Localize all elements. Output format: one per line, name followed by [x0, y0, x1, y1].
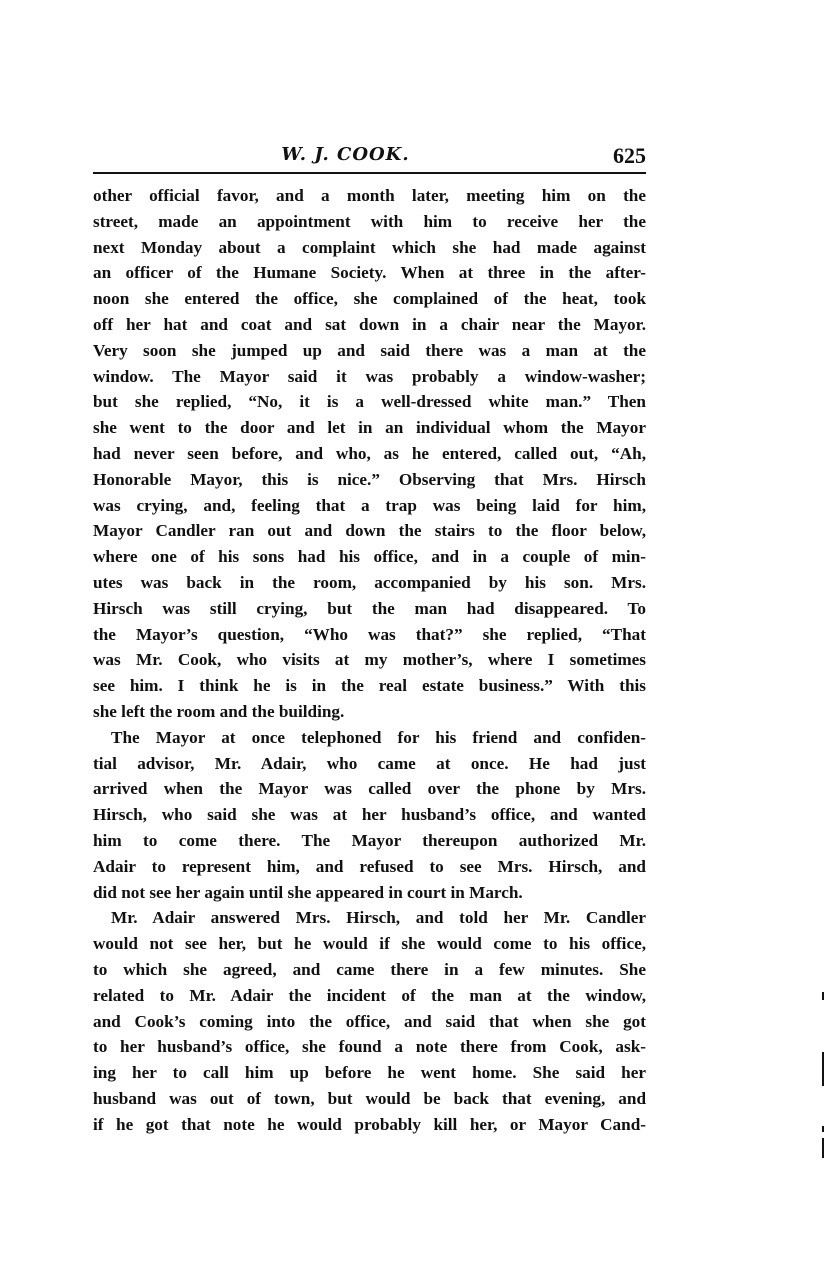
text-line: had never seen before, and who, as he en…: [93, 441, 646, 467]
running-head: W. J. COOK. 625: [93, 142, 646, 172]
text-line: would not see her, but he would if she w…: [93, 931, 646, 957]
scan-mark: [822, 1138, 824, 1158]
text-line: ing her to call him up before he went ho…: [93, 1060, 646, 1086]
text-line: was crying, and, feeling that a trap was…: [93, 493, 646, 519]
text-line: husband was out of town, but would be ba…: [93, 1086, 646, 1112]
book-page: W. J. COOK. 625 other official favor, an…: [93, 142, 646, 1137]
text-line: Honorable Mayor, this is nice.” Observin…: [93, 467, 646, 493]
text-line: noon she entered the office, she complai…: [93, 286, 646, 312]
body-text: other official favor, and a month later,…: [93, 183, 646, 1137]
page-number: 625: [613, 143, 646, 169]
paragraph: other official favor, and a month later,…: [93, 183, 646, 725]
text-line: Very soon she jumped up and said there w…: [93, 338, 646, 364]
text-line: window. The Mayor said it was probably a…: [93, 364, 646, 390]
text-line: utes was back in the room, accompanied b…: [93, 570, 646, 596]
text-line: related to Mr. Adair the incident of the…: [93, 983, 646, 1009]
text-line: Mr. Adair answered Mrs. Hirsch, and told…: [93, 905, 646, 931]
text-line: off her hat and coat and sat down in a c…: [93, 312, 646, 338]
text-line: arrived when the Mayor was called over t…: [93, 776, 646, 802]
scan-mark: [822, 1052, 824, 1086]
running-title: W. J. COOK.: [93, 144, 646, 165]
text-line: where one of his sons had his office, an…: [93, 544, 646, 570]
text-line: tial advisor, Mr. Adair, who came at onc…: [93, 751, 646, 777]
text-line: and Cook’s coming into the office, and s…: [93, 1009, 646, 1035]
text-line: she went to the door and let in an indiv…: [93, 415, 646, 441]
text-line: Hirsch was still crying, but the man had…: [93, 596, 646, 622]
text-line: Mayor Candler ran out and down the stair…: [93, 518, 646, 544]
text-line: she left the room and the building.: [93, 699, 646, 725]
text-line: next Monday about a complaint which she …: [93, 235, 646, 261]
text-line: to her husband’s office, she found a not…: [93, 1034, 646, 1060]
text-line: an officer of the Humane Society. When a…: [93, 260, 646, 286]
text-line: if he got that note he would probably ki…: [93, 1112, 646, 1138]
text-line: the Mayor’s question, “Who was that?” sh…: [93, 622, 646, 648]
text-line: other official favor, and a month later,…: [93, 183, 646, 209]
paragraph: The Mayor at once telephoned for his fri…: [93, 725, 646, 906]
text-line: see him. I think he is in the real estat…: [93, 673, 646, 699]
text-line: The Mayor at once telephoned for his fri…: [93, 725, 646, 751]
paragraph: Mr. Adair answered Mrs. Hirsch, and told…: [93, 905, 646, 1137]
text-line: was Mr. Cook, who visits at my mother’s,…: [93, 647, 646, 673]
scan-mark: [822, 1126, 824, 1132]
text-line: Adair to represent him, and refused to s…: [93, 854, 646, 880]
text-line: but she replied, “No, it is a well-dress…: [93, 389, 646, 415]
text-line: to which she agreed, and came there in a…: [93, 957, 646, 983]
text-line: Hirsch, who said she was at her husband’…: [93, 802, 646, 828]
scan-mark: [822, 992, 824, 1000]
header-rule: [93, 172, 646, 174]
text-line: him to come there. The Mayor thereupon a…: [93, 828, 646, 854]
text-line: did not see her again until she appeared…: [93, 880, 646, 906]
text-line: street, made an appointment with him to …: [93, 209, 646, 235]
